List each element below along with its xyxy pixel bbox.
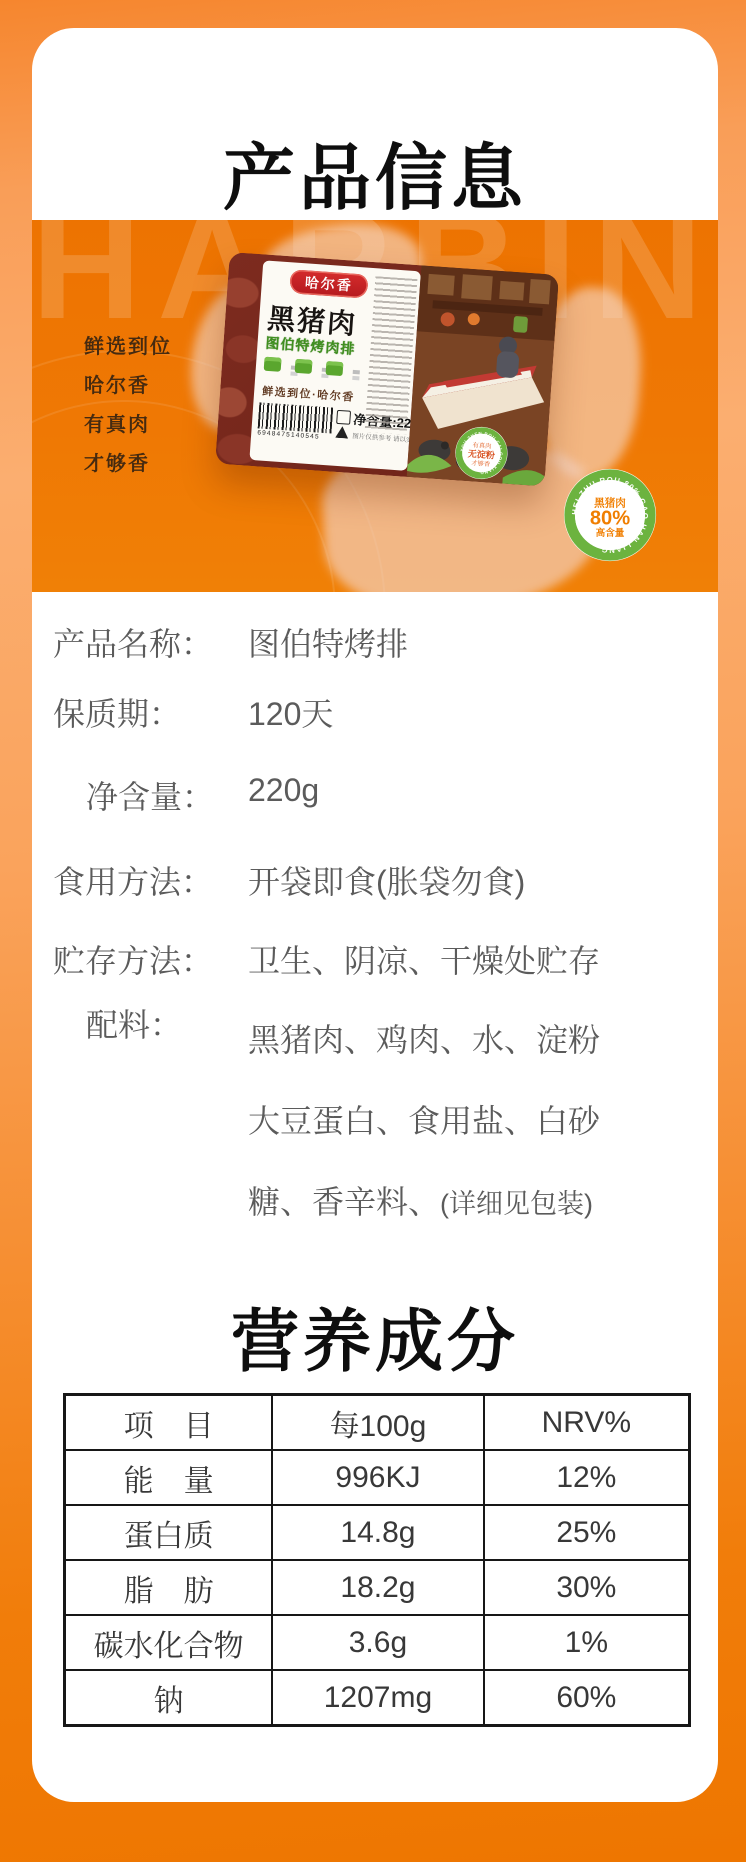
no-starch-badge: YOU ZHEN ROU CAI GOU XIANG 有真肉 无淀粉 才够香 [453, 424, 511, 482]
nutrition-row-sodium: 钠 1207mg 60% [66, 1671, 688, 1724]
package-marks [331, 408, 354, 439]
nutrition-cell: 碳水化合物 [66, 1616, 273, 1669]
package-tagline: 鲜选到位·哈尔香 [262, 383, 356, 405]
detail-label: 净含量： [86, 772, 214, 818]
nutrition-header-row: 项 目 每100g NRV% [66, 1396, 688, 1451]
pig-icon [326, 361, 344, 376]
page-background: 产品信息 HARBIN 鲜选到位 哈尔香 有真肉 才够香 [0, 0, 746, 1862]
slogan-line: 有真肉 [84, 406, 172, 445]
barcode-block: 6948475140545 [257, 402, 333, 441]
slogan-text: 鲜选到位 哈尔香 有真肉 才够香 [84, 328, 172, 484]
detail-value: 120天 [248, 689, 333, 735]
nutrition-cell: 12% [485, 1451, 688, 1504]
package-body: 哈尔香 黑猪肉 图伯特烤肉排 鲜选到位·哈尔香 69484751 [215, 252, 559, 487]
product-info-card: 产品信息 HARBIN 鲜选到位 哈尔香 有真肉 才够香 [32, 28, 718, 1802]
slogan-line: 哈尔香 [84, 367, 172, 406]
nutrition-cell: 30% [485, 1561, 688, 1614]
ingredients-line: 黑猪肉、鸡肉、水、淀粉 [248, 1022, 600, 1058]
detail-label: 产品名称： [53, 619, 213, 665]
detail-label: 保质期： [53, 689, 181, 735]
recycle-icon [335, 426, 349, 439]
detail-value: 黑猪肉、鸡肉、水、淀粉 大豆蛋白、食用盐、白砂 糖、香辛料、(详细见包装) [248, 1000, 600, 1245]
nutrition-cell: 25% [485, 1506, 688, 1559]
brand-logo: 哈尔香 [289, 269, 368, 298]
detail-value: 图伯特烤排 [248, 619, 408, 665]
detail-label: 贮存方法： [53, 936, 213, 982]
nutrition-cell: 14.8g [273, 1506, 485, 1559]
nutrition-title: 营养成分 [32, 1288, 718, 1385]
nutrition-cell: 996KJ [273, 1451, 485, 1504]
nutrition-row-carbohydrate: 碳水化合物 3.6g 1% [66, 1616, 688, 1671]
detail-label: 食用方法： [53, 857, 213, 903]
ingredients-line: 大豆蛋白、食用盐、白砂 [248, 1103, 600, 1139]
nutrition-header-cell: 项 目 [66, 1396, 273, 1449]
detail-label: 配料： [86, 1000, 182, 1046]
nutrition-cell: 蛋白质 [66, 1506, 273, 1559]
product-showcase-panel: HARBIN 鲜选到位 哈尔香 有真肉 才够香 哈尔香 黑猪肉 [32, 220, 718, 592]
nutrition-cell: 18.2g [273, 1561, 485, 1614]
detail-value: 卫生、阴凉、干燥处贮存 [248, 936, 600, 982]
nutrition-cell: 1207mg [273, 1671, 485, 1724]
nutrition-cell: 60% [485, 1671, 688, 1724]
nutrition-cell: 3.6g [273, 1616, 485, 1669]
svg-text:80%: 80% [590, 508, 630, 530]
nutrition-header-cell: NRV% [485, 1396, 688, 1449]
nutrition-cell: 脂 肪 [66, 1561, 273, 1614]
slogan-line: 才够香 [84, 445, 172, 484]
nutrition-cell: 能 量 [66, 1451, 273, 1504]
detail-value: 220g [248, 772, 319, 809]
meat-stack-icon [264, 357, 282, 372]
label-feature-icons [264, 357, 344, 376]
svg-text:无淀粉: 无淀粉 [468, 448, 496, 461]
page-title: 产品信息 [32, 120, 718, 224]
detail-value: 开袋即食(胀袋勿食) [248, 857, 525, 903]
nutrition-row-protein: 蛋白质 14.8g 25% [66, 1506, 688, 1561]
ingredients-note: (详细见包装) [440, 1189, 593, 1219]
nutrition-cell: 钠 [66, 1671, 273, 1724]
fine-print-texture [365, 276, 418, 435]
slogan-line: 鲜选到位 [84, 328, 172, 367]
svg-text:高含量: 高含量 [596, 527, 625, 539]
pork-bag-icon [295, 359, 313, 374]
barcode [258, 402, 334, 433]
nutrition-header-cell: 每100g [273, 1396, 485, 1449]
package-label: 哈尔香 黑猪肉 图伯特烤肉排 鲜选到位·哈尔香 69484751 [249, 260, 421, 471]
black-pork-80-badge: HEI ZHU ROU 80% GAO HAN LIANG 黑猪肉 80% 高含… [562, 467, 658, 563]
product-package-photo: 哈尔香 黑猪肉 图伯特烤肉排 鲜选到位·哈尔香 69484751 [171, 220, 623, 579]
nutrition-row-fat: 脂 肪 18.2g 30% [66, 1561, 688, 1616]
nutrition-cell: 1% [485, 1616, 688, 1669]
package-mark-icon [336, 410, 351, 425]
ingredients-line: 糖、香辛料、 [248, 1184, 440, 1220]
nutrition-row-energy: 能 量 996KJ 12% [66, 1451, 688, 1506]
nutrition-table: 项 目 每100g NRV% 能 量 996KJ 12% 蛋白质 14.8g 2… [63, 1393, 691, 1727]
